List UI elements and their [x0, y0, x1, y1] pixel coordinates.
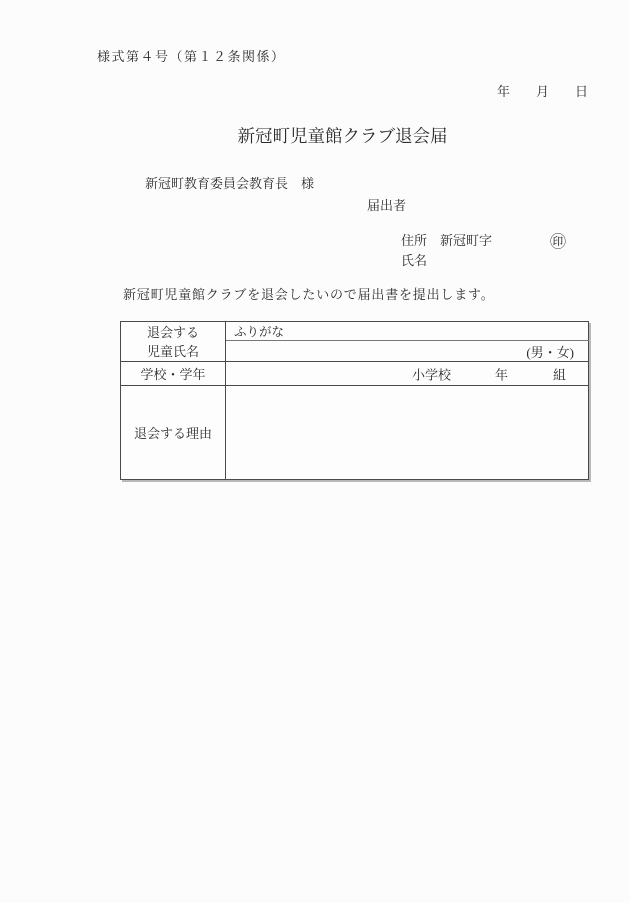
gender-note: (男・女): [526, 345, 574, 360]
date-month-label: 月: [536, 84, 549, 99]
school-grade-label: 学校・学年: [140, 367, 205, 382]
date-year-label: 年: [497, 84, 510, 99]
child-name-label-cell: 退会する 児童氏名: [121, 322, 226, 362]
table-row-school-grade: 学校・学年 小学校 年 組: [121, 362, 589, 386]
class-suffix-label: 組: [553, 364, 566, 383]
school-grade-input-cell: 小学校 年 組: [226, 362, 589, 386]
name-label: 氏名: [401, 253, 427, 268]
withdrawal-form-table: 退会する 児童氏名 ふりがな (男・女) 学校・学年 小学校 年: [120, 321, 589, 480]
reason-label: 退会する理由: [134, 426, 212, 441]
child-name-input-cell: (男・女): [226, 341, 589, 362]
grade-suffix-label: 年: [495, 364, 508, 383]
child-name-label-line2: 児童氏名: [121, 342, 225, 361]
table-row-reason: 退会する理由: [121, 386, 589, 480]
seal-mark-icon: ㊞: [550, 235, 566, 250]
notifier-heading: 届出者: [367, 198, 406, 213]
school-grade-label-cell: 学校・学年: [121, 362, 226, 386]
document-title: 新冠町児童館クラブ退会届: [97, 126, 588, 147]
table-row-child-furigana: 退会する 児童氏名 ふりがな: [121, 322, 589, 341]
furigana-input-cell: ふりがな: [226, 322, 589, 341]
school-suffix-label: 小学校: [412, 364, 451, 383]
form-number: 様式第４号（第１２条関係）: [97, 49, 286, 64]
date-line: 年 月 日: [497, 84, 588, 99]
reason-label-cell: 退会する理由: [121, 386, 226, 480]
date-day-label: 日: [575, 84, 588, 99]
child-name-label-line1: 退会する: [121, 323, 225, 342]
addressee-line: 新冠町教育委員会教育長 様: [145, 176, 314, 191]
statement-text: 新冠町児童館クラブを退会したいので届出書を提出します。: [123, 287, 495, 302]
reason-input-cell: [226, 386, 589, 480]
document-page: 様式第４号（第１２条関係） 年 月 日 新冠町児童館クラブ退会届 新冠町教育委員…: [0, 0, 630, 903]
furigana-label: ふりがな: [234, 325, 284, 339]
